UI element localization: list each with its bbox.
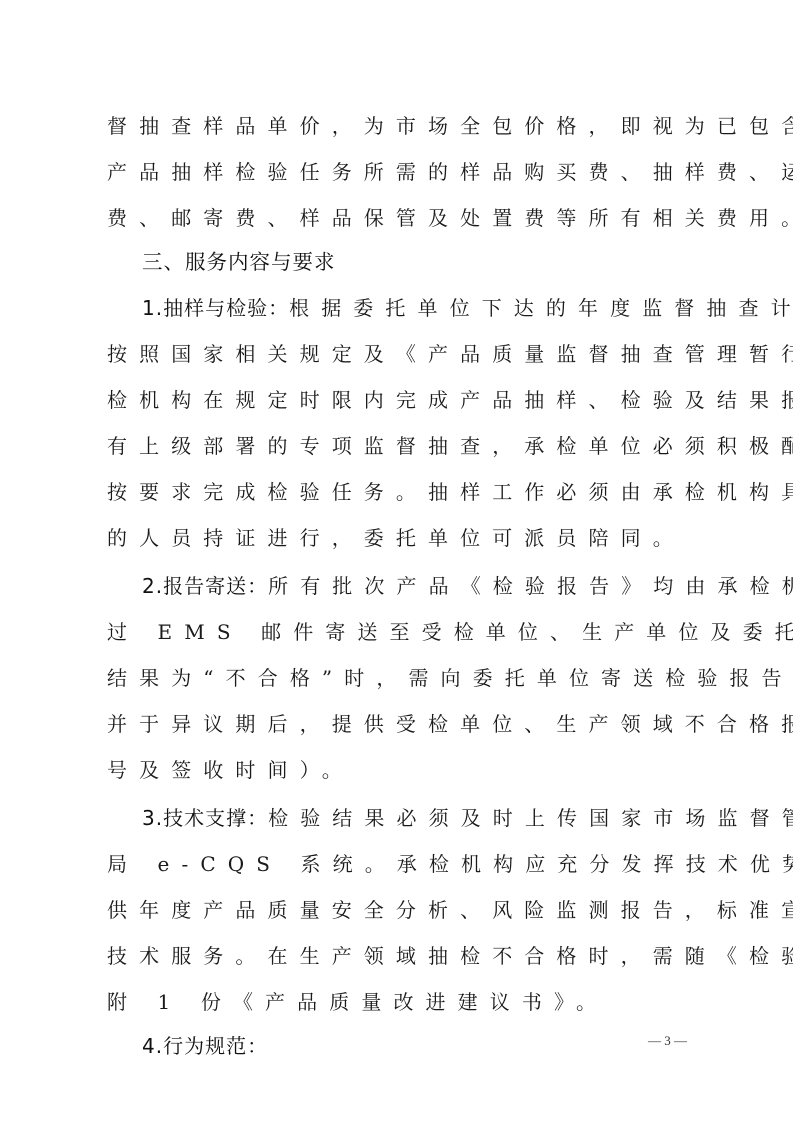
paragraph-line: 供年度产品质量安全分析、风险监测报告，标准宣贯、解读等	[107, 898, 707, 922]
paragraph-line: 的人员持证进行，委托单位可派员陪同。	[107, 526, 707, 550]
paragraph-line: 并于异议期后，提供受检单位、生产领域不合格报告的邮件单	[107, 712, 707, 736]
paragraph-line: 附 1 份《产品质量改进建议书》。	[107, 990, 707, 1014]
paragraph-line: 号及签收时间）。	[107, 758, 707, 782]
paragraph-line: 产品抽样检验任务所需的样品购买费、抽样费、运输费、检验	[107, 160, 707, 184]
item-2-title: 2.报告寄送：	[142, 574, 268, 598]
item-3-title: 3.技术支撑：	[142, 806, 268, 830]
item-3-first-line: 3.技术支撑：检验结果必须及时上传国家市场监督管理总	[142, 806, 742, 830]
paragraph-line: 按照国家相关规定及《产品质量监督抽查管理暂行办法》，承	[107, 342, 707, 366]
paragraph-line: 有上级部署的专项监督抽查，承检单位必须积极配合委托单位	[107, 434, 707, 458]
item-1-title: 1.抽样与检验：	[142, 296, 289, 320]
paragraph-line: 费、邮寄费、样品保管及处置费等所有相关费用。	[107, 206, 707, 230]
page-number: — 3 —	[648, 1033, 687, 1049]
item-1-first-line: 1.抽样与检验：根据委托单位下达的年度监督抽查计划，	[142, 296, 742, 320]
section-heading: 三、服务内容与要求	[142, 250, 742, 274]
item-1-text: 根据委托单位下达的年度监督抽查计划，	[289, 296, 793, 320]
paragraph-line: 技术服务。在生产领域抽检不合格时，需随《检验报告》一起	[107, 944, 707, 968]
paragraph-line: 督抽查样品单价，为市场全包价格，即视为已包含完成单批次	[107, 114, 707, 138]
paragraph-line: 检机构在规定时限内完成产品抽样、检验及结果报送工作。如	[107, 388, 707, 412]
paragraph-line: 过 EMS 邮件寄送至受检单位、生产单位及委托单位。（如检验	[107, 620, 707, 644]
item-4-title: 4.行为规范：	[142, 1034, 268, 1058]
paragraph-line: 结果为“不合格”时，需向委托单位寄送检验报告单一式三份，	[107, 666, 707, 690]
item-2-text: 所有批次产品《检验报告》均由承检机构通	[268, 574, 793, 598]
document-page: 督抽查样品单价，为市场全包价格，即视为已包含完成单批次 产品抽样检验任务所需的样…	[0, 0, 793, 1122]
item-2-first-line: 2.报告寄送：所有批次产品《检验报告》均由承检机构通	[142, 574, 742, 598]
paragraph-line: 按要求完成检验任务。抽样工作必须由承检机构具有抽样资格	[107, 480, 707, 504]
paragraph-line: 局 e-CQS 系统。承检机构应充分发挥技术优势，为委托单位提	[107, 852, 707, 876]
item-3-text: 检验结果必须及时上传国家市场监督管理总	[268, 806, 793, 830]
